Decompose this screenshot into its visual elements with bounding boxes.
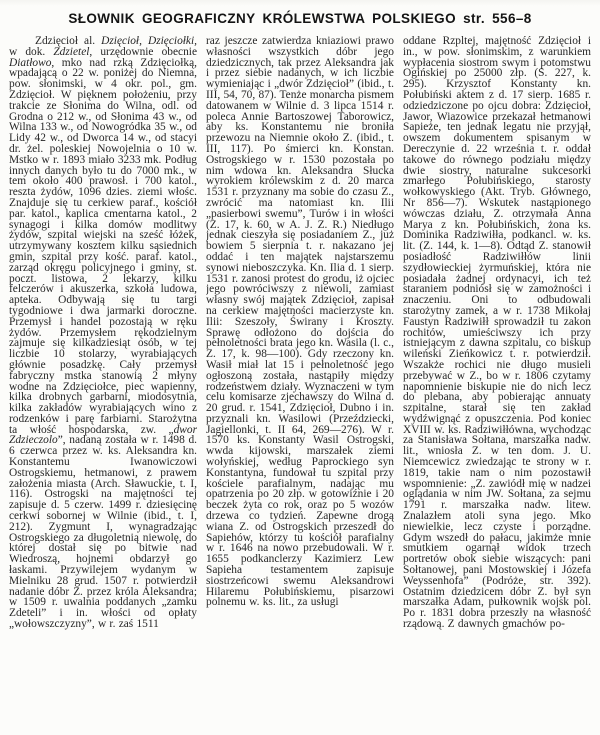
dictionary-page: SŁOWNIK GEOGRAFICZNY KRÓLEWSTWA POLSKIEG… bbox=[0, 0, 600, 735]
entry-text-column-2: raz jeszcze zatwierdza kniaziowi prawo w… bbox=[206, 36, 394, 608]
text-column-2: raz jeszcze zatwierdza kniaziowi prawo w… bbox=[206, 36, 394, 718]
text-column-3: oddane Rzpltej, majętność Zdzięcioł i in… bbox=[403, 36, 591, 718]
text-column-1: Zdzięcioł al. Dzięcioł, Dzięciołki, w do… bbox=[9, 36, 197, 718]
text-columns: Zdzięcioł al. Dzięcioł, Dzięciołki, w do… bbox=[9, 36, 591, 718]
entry-text-column-3: oddane Rzpltej, majętność Zdzięcioł i in… bbox=[403, 36, 591, 630]
page-header: SŁOWNIK GEOGRAFICZNY KRÓLEWSTWA POLSKIEG… bbox=[9, 0, 591, 26]
entry-text-column-1: Zdzięcioł al. Dzięcioł, Dzięciołki, w do… bbox=[9, 36, 197, 630]
